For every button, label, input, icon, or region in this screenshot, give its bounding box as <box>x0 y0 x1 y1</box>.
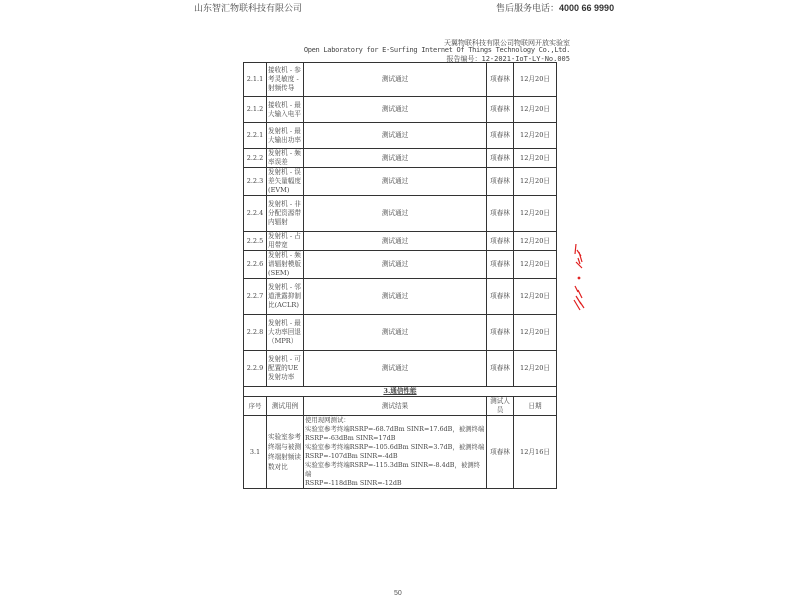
table-row: 2.2.7发射机 - 邻道泄露抑制比(ACLR)测试通过项春林12月20日 <box>244 279 557 315</box>
result-line: 实验室参考终端RSRP=-115.3dBm SINR=-8.4dB，被测终端 <box>305 461 485 479</box>
header-no: 序号 <box>244 397 267 416</box>
row-no: 2.1.1 <box>244 63 267 97</box>
row-no: 2.2.1 <box>244 123 267 149</box>
table-row: 3.1 实验室参考终端与被测终端射频读数对比 使用现网测试：实验室参考终端RSR… <box>244 416 557 489</box>
row-case: 发射机 - 邻道泄露抑制比(ACLR) <box>267 279 304 315</box>
row-tester: 项春林 <box>487 196 514 232</box>
row-date: 12月20日 <box>514 315 557 351</box>
row-case: 发射机 - 频谱辐射模版(SEM) <box>267 251 304 279</box>
row-no: 2.2.8 <box>244 315 267 351</box>
row-date: 12月20日 <box>514 279 557 315</box>
row-date: 12月20日 <box>514 251 557 279</box>
result-line: RSRP=-107dBm SINR=-4dB <box>305 452 485 461</box>
lab-name-en: Open Laboratory for E-Surfing Internet O… <box>304 46 570 54</box>
row-case: 实验室参考终端与被测终端射频读数对比 <box>267 416 304 489</box>
result-line: RSRP=-63dBm SINR=17dB <box>305 434 485 443</box>
row-tester: 项春林 <box>487 149 514 168</box>
row-no: 2.2.4 <box>244 196 267 232</box>
row-date: 12月20日 <box>514 196 557 232</box>
row-tester: 项春林 <box>487 315 514 351</box>
row-result: 测试通过 <box>304 123 487 149</box>
row-date: 12月20日 <box>514 97 557 123</box>
row-date: 12月20日 <box>514 63 557 97</box>
row-case: 发射机 - 频率误差 <box>267 149 304 168</box>
row-case: 接收机 - 最大输入电平 <box>267 97 304 123</box>
row-date: 12月20日 <box>514 149 557 168</box>
table-row: 2.1.1接收机 - 参考灵敏度 - 射频传导测试通过项春林12月20日 <box>244 63 557 97</box>
row-result: 测试通过 <box>304 279 487 315</box>
row-case: 发射机 - 误差矢量幅度(EVM) <box>267 168 304 196</box>
result-line: 实验室参考终端RSRP=-105.6dBm SINR=3.7dB，被测终端 <box>305 443 485 452</box>
header-result: 测试结果 <box>304 397 487 416</box>
row-no: 2.2.3 <box>244 168 267 196</box>
row-tester: 项春林 <box>487 63 514 97</box>
row-date: 12月20日 <box>514 123 557 149</box>
row-tester: 项春林 <box>487 351 514 387</box>
row-result: 测试通过 <box>304 63 487 97</box>
row-tester: 项春林 <box>487 168 514 196</box>
row-tester: 项春林 <box>487 251 514 279</box>
table-row: 2.2.1发射机 - 最大输出功率测试通过项春林12月20日 <box>244 123 557 149</box>
header-tester: 测试人员 <box>487 397 514 416</box>
row-case: 发射机 - 占用带宽 <box>267 232 304 251</box>
row-case: 发射机 - 可配置的UE发射功率 <box>267 351 304 387</box>
row-result: 测试通过 <box>304 232 487 251</box>
row-result: 使用现网测试：实验室参考终端RSRP=-68.7dBm SINR=17.6dB，… <box>304 416 487 489</box>
row-date: 12月16日 <box>514 416 557 489</box>
row-no: 3.1 <box>244 416 267 489</box>
row-date: 12月20日 <box>514 232 557 251</box>
row-case: 发射机 - 最大输出功率 <box>267 123 304 149</box>
service-phone-line: 售后服务电话：4000 66 9990 <box>496 1 614 14</box>
row-tester: 项春林 <box>487 123 514 149</box>
row-tester: 项春林 <box>487 279 514 315</box>
test-results-table: 2.1.1接收机 - 参考灵敏度 - 射频传导测试通过项春林12月20日2.1.… <box>243 62 557 489</box>
row-tester: 项春林 <box>487 416 514 489</box>
header-case: 测试用例 <box>267 397 304 416</box>
row-result: 测试通过 <box>304 168 487 196</box>
table-row: 2.1.2接收机 - 最大输入电平测试通过项春林12月20日 <box>244 97 557 123</box>
row-no: 2.2.7 <box>244 279 267 315</box>
row-no: 2.2.9 <box>244 351 267 387</box>
table-row: 2.2.4发射机 - 非分配资源带内辐射测试通过项春林12月20日 <box>244 196 557 232</box>
result-line: 实验室参考终端RSRP=-68.7dBm SINR=17.6dB，被测终端 <box>305 425 485 434</box>
row-no: 2.2.5 <box>244 232 267 251</box>
header-date: 日期 <box>514 397 557 416</box>
row-tester: 项春林 <box>487 232 514 251</box>
service-phone: 4000 66 9990 <box>559 3 614 13</box>
row-date: 12月20日 <box>514 168 557 196</box>
row-result: 测试通过 <box>304 149 487 168</box>
header-row: 序号 测试用例 测试结果 测试人员 日期 <box>244 397 557 416</box>
result-line: RSRP=-118dBm SINR=-12dB <box>305 479 485 488</box>
section-row: 3.通信性能 <box>244 387 557 397</box>
row-no: 2.2.6 <box>244 251 267 279</box>
result-line: 使用现网测试： <box>305 416 485 425</box>
row-case: 发射机 - 非分配资源带内辐射 <box>267 196 304 232</box>
page-number: 50 <box>394 590 402 597</box>
row-result: 测试通过 <box>304 315 487 351</box>
red-seal-stamp <box>572 240 588 314</box>
row-result: 测试通过 <box>304 251 487 279</box>
row-result: 测试通过 <box>304 196 487 232</box>
row-case: 发射机 - 最大功率回退（MPR） <box>267 315 304 351</box>
table-row: 2.2.2发射机 - 频率误差测试通过项春林12月20日 <box>244 149 557 168</box>
row-result: 测试通过 <box>304 97 487 123</box>
table-row: 2.2.5发射机 - 占用带宽测试通过项春林12月20日 <box>244 232 557 251</box>
row-date: 12月20日 <box>514 351 557 387</box>
table-row: 2.2.9发射机 - 可配置的UE发射功率测试通过项春林12月20日 <box>244 351 557 387</box>
row-tester: 项春林 <box>487 97 514 123</box>
service-label: 售后服务电话： <box>496 4 559 14</box>
row-case: 接收机 - 参考灵敏度 - 射频传导 <box>267 63 304 97</box>
row-result: 测试通过 <box>304 351 487 387</box>
row-no: 2.1.2 <box>244 97 267 123</box>
table-row: 2.2.8发射机 - 最大功率回退（MPR）测试通过项春林12月20日 <box>244 315 557 351</box>
table-row: 2.2.3发射机 - 误差矢量幅度(EVM)测试通过项春林12月20日 <box>244 168 557 196</box>
row-no: 2.2.2 <box>244 149 267 168</box>
table-row: 2.2.6发射机 - 频谱辐射模版(SEM)测试通过项春林12月20日 <box>244 251 557 279</box>
section-title: 3.通信性能 <box>244 387 557 397</box>
company-name: 山东智汇物联科技有限公司 <box>194 1 302 14</box>
